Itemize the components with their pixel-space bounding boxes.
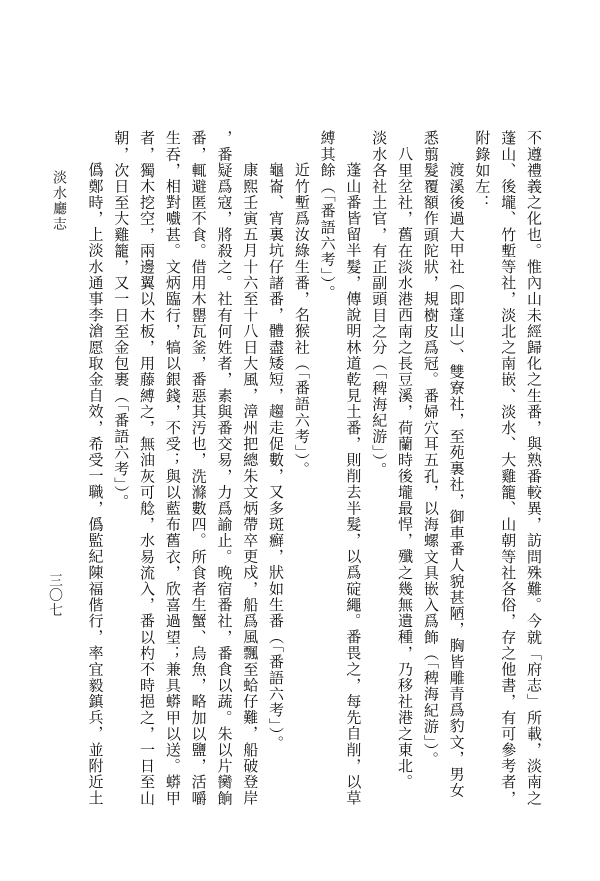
text-column-17: 朝，次日至大雞籠，又一日至金包裹（「番語六考」）。 [107,130,133,810]
text-column-9: 縛其餘（「番語六考」）。 [314,130,340,810]
text-column-3: 附錄如左： [469,130,495,810]
text-column-18: 僞鄭時，上淡水通事李滄愿取金自效，希受一職，僞監紀陳福偕行，率宜毅鎮兵，並附近土 [82,130,108,810]
text-column-4: 渡溪後過大甲社（即蓬山）、雙寮社，至苑裏社，御車番人貌甚陋，胸皆雕青爲豹文，男女 [443,130,469,810]
text-column-8: 蓬山番皆留半髮，傳說明林道乾見土番，則削去半髮，以爲碇繩。番畏之，每先自削，以草 [340,130,366,810]
text-column-5: 悉翦髮覆額作頭陀狀，規樹皮爲冠。番婦穴耳五孔，以海螺文具嵌入爲飾（「稗海紀游」）… [417,130,443,810]
text-column-7: 淡水各社土官，有正副頭目之分（「稗海紀游」）。 [365,130,391,810]
text-column-1: 不遵禮義之化也。惟內山未經歸化之生番，與熟番較異，訪問殊難。今就「府志」所載，淡… [520,130,546,810]
text-column-11: 龜崙、宵裏坑仔諸番，體盡矮短，趨走促數，又多斑癬，狀如生番（「番語六考」）。 [262,130,288,810]
text-column-2: 蓬山、後壠、竹塹等社，淡北之南嵌、淡水、大雞籠、山朝等社各俗，存之他書，有可參考… [494,130,520,810]
text-column-10: 近竹塹爲汝綠生番，名猴社（「番語六考」）。 [288,130,314,810]
body-text: 不遵禮義之化也。惟內山未經歸化之生番，與熟番較異，訪問殊難。今就「府志」所載，淡… [82,130,546,810]
running-title: 淡水廳志 [47,170,71,232]
book-page: 不遵禮義之化也。惟內山未經歸化之生番，與熟番較異，訪問殊難。今就「府志」所載，淡… [0,0,600,881]
text-column-13: ，番疑爲寇，將殺之。社有何姓者，素與番交易，力爲諭止。晚宿番社，番食以蔬。朱以片… [211,130,237,810]
text-column-6: 八里坌社，舊在淡水港西南之長豆溪，荷蘭時後壠最悍，殲之幾無遺種，乃移社港之東北。 [391,130,417,810]
text-column-16: 者，獨木挖空，兩邊翼以木板，用藤縛之，無油灰可艌，水易流入，番以杓不時挹之，一日… [133,130,159,810]
text-column-12: 康熙壬寅五月十六至十八日大風，漳州把總朱文炳帶卒更戍，船爲風飄至蛤仔難，船破登岸 [236,130,262,810]
page-number: 三〇七 [43,573,67,617]
text-column-14: 番，輒避匿不食。借用木罌瓦釜，番惡其汚也，洗滌數四。所食者生蟹、烏魚，略加以鹽，… [185,130,211,810]
text-column-15: 生吞，相對嚱甚。文炳臨行，犒以銀錢，不受；與以藍布舊衣，欣喜過望；兼具蟒甲以送。… [159,130,185,810]
